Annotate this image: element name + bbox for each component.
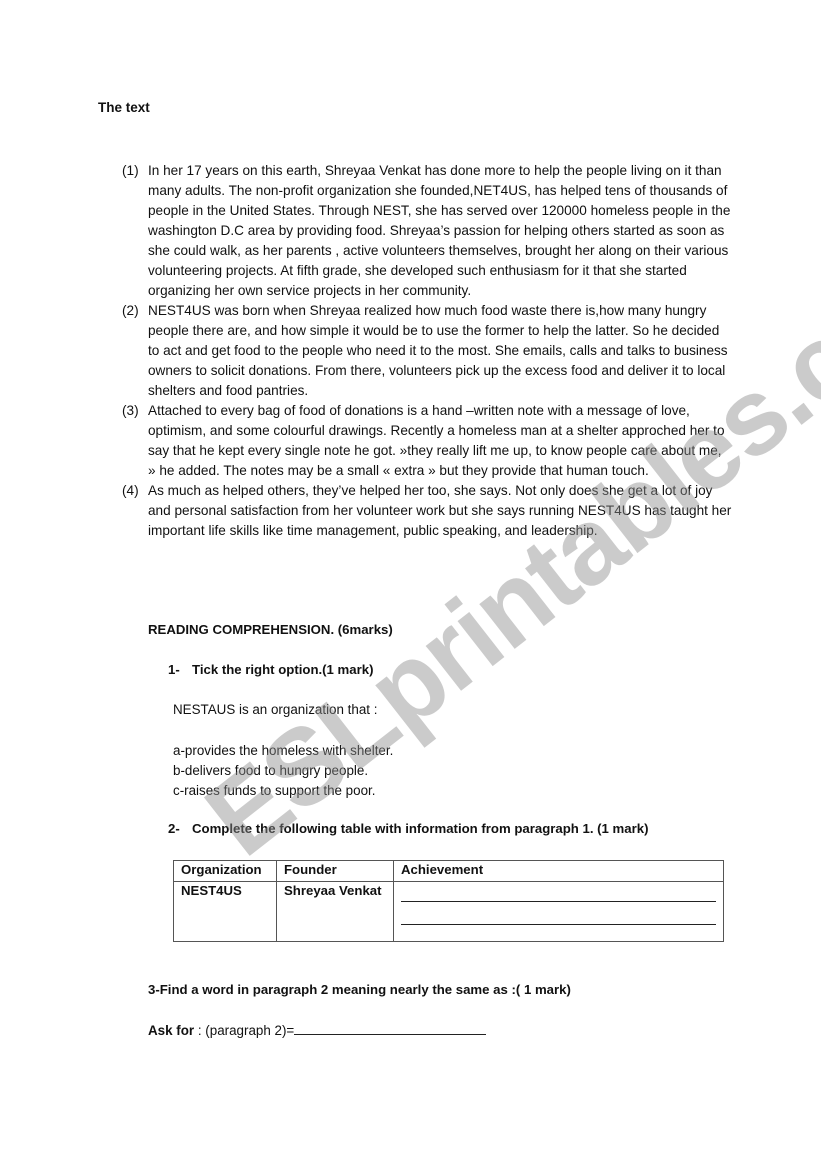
info-table: Organization Founder Achievement NEST4US… — [173, 860, 724, 942]
question-text: Complete the following table with inform… — [192, 821, 648, 836]
question-number: 1- — [168, 662, 192, 677]
prompt-rest: : (paragraph 2)= — [194, 1023, 294, 1038]
header-founder: Founder — [277, 861, 394, 882]
paragraph-number: (1) — [122, 161, 148, 301]
cell-achievement[interactable] — [394, 882, 724, 942]
option-a[interactable]: a-provides the homeless with shelter. — [173, 741, 393, 761]
header-achievement: Achievement — [394, 861, 724, 882]
header-organization: Organization — [174, 861, 277, 882]
table-header-row: Organization Founder Achievement — [174, 861, 724, 882]
section-heading: The text — [98, 100, 150, 115]
paragraph-body: In her 17 years on this earth, Shreyaa V… — [148, 161, 732, 301]
prompt-word: Ask for — [148, 1023, 194, 1038]
worksheet-page: The text (1) In her 17 years on this ear… — [0, 0, 821, 1161]
paragraph-2: (2) NEST4US was born when Shreyaa realiz… — [122, 301, 732, 401]
paragraph-body: NEST4US was born when Shreyaa realized h… — [148, 301, 732, 401]
question-text: Tick the right option.(1 mark) — [192, 662, 373, 677]
option-c[interactable]: c-raises funds to support the poor. — [173, 781, 393, 801]
question-number: 2- — [168, 821, 192, 836]
reading-text: (1) In her 17 years on this earth, Shrey… — [122, 161, 732, 541]
answer-line[interactable] — [401, 906, 716, 925]
question-2-instruction: 2-Complete the following table with info… — [168, 821, 648, 836]
cell-founder: Shreyaa Venkat — [277, 882, 394, 942]
answer-line[interactable] — [401, 883, 716, 902]
paragraph-number: (2) — [122, 301, 148, 401]
reading-comprehension-title: READING COMPREHENSION. (6marks) — [148, 622, 393, 637]
paragraph-1: (1) In her 17 years on this earth, Shrey… — [122, 161, 732, 301]
question-3-instruction: 3-Find a word in paragraph 2 meaning nea… — [148, 982, 571, 997]
table-row: NEST4US Shreyaa Venkat — [174, 882, 724, 942]
question-1-instruction: 1-Tick the right option.(1 mark) — [168, 662, 373, 677]
answer-blank[interactable] — [294, 1022, 486, 1035]
question-3-prompt: Ask for : (paragraph 2)= — [148, 1022, 486, 1038]
paragraph-body: As much as helped others, they’ve helped… — [148, 481, 732, 541]
question-1-options: a-provides the homeless with shelter. b-… — [173, 741, 393, 801]
paragraph-4: (4) As much as helped others, they’ve he… — [122, 481, 732, 541]
option-b[interactable]: b-delivers food to hungry people. — [173, 761, 393, 781]
paragraph-body: Attached to every bag of food of donatio… — [148, 401, 732, 481]
question-1-stem: NESTAUS is an organization that : — [173, 702, 377, 717]
paragraph-number: (4) — [122, 481, 148, 541]
paragraph-number: (3) — [122, 401, 148, 481]
cell-organization: NEST4US — [174, 882, 277, 942]
paragraph-3: (3) Attached to every bag of food of don… — [122, 401, 732, 481]
